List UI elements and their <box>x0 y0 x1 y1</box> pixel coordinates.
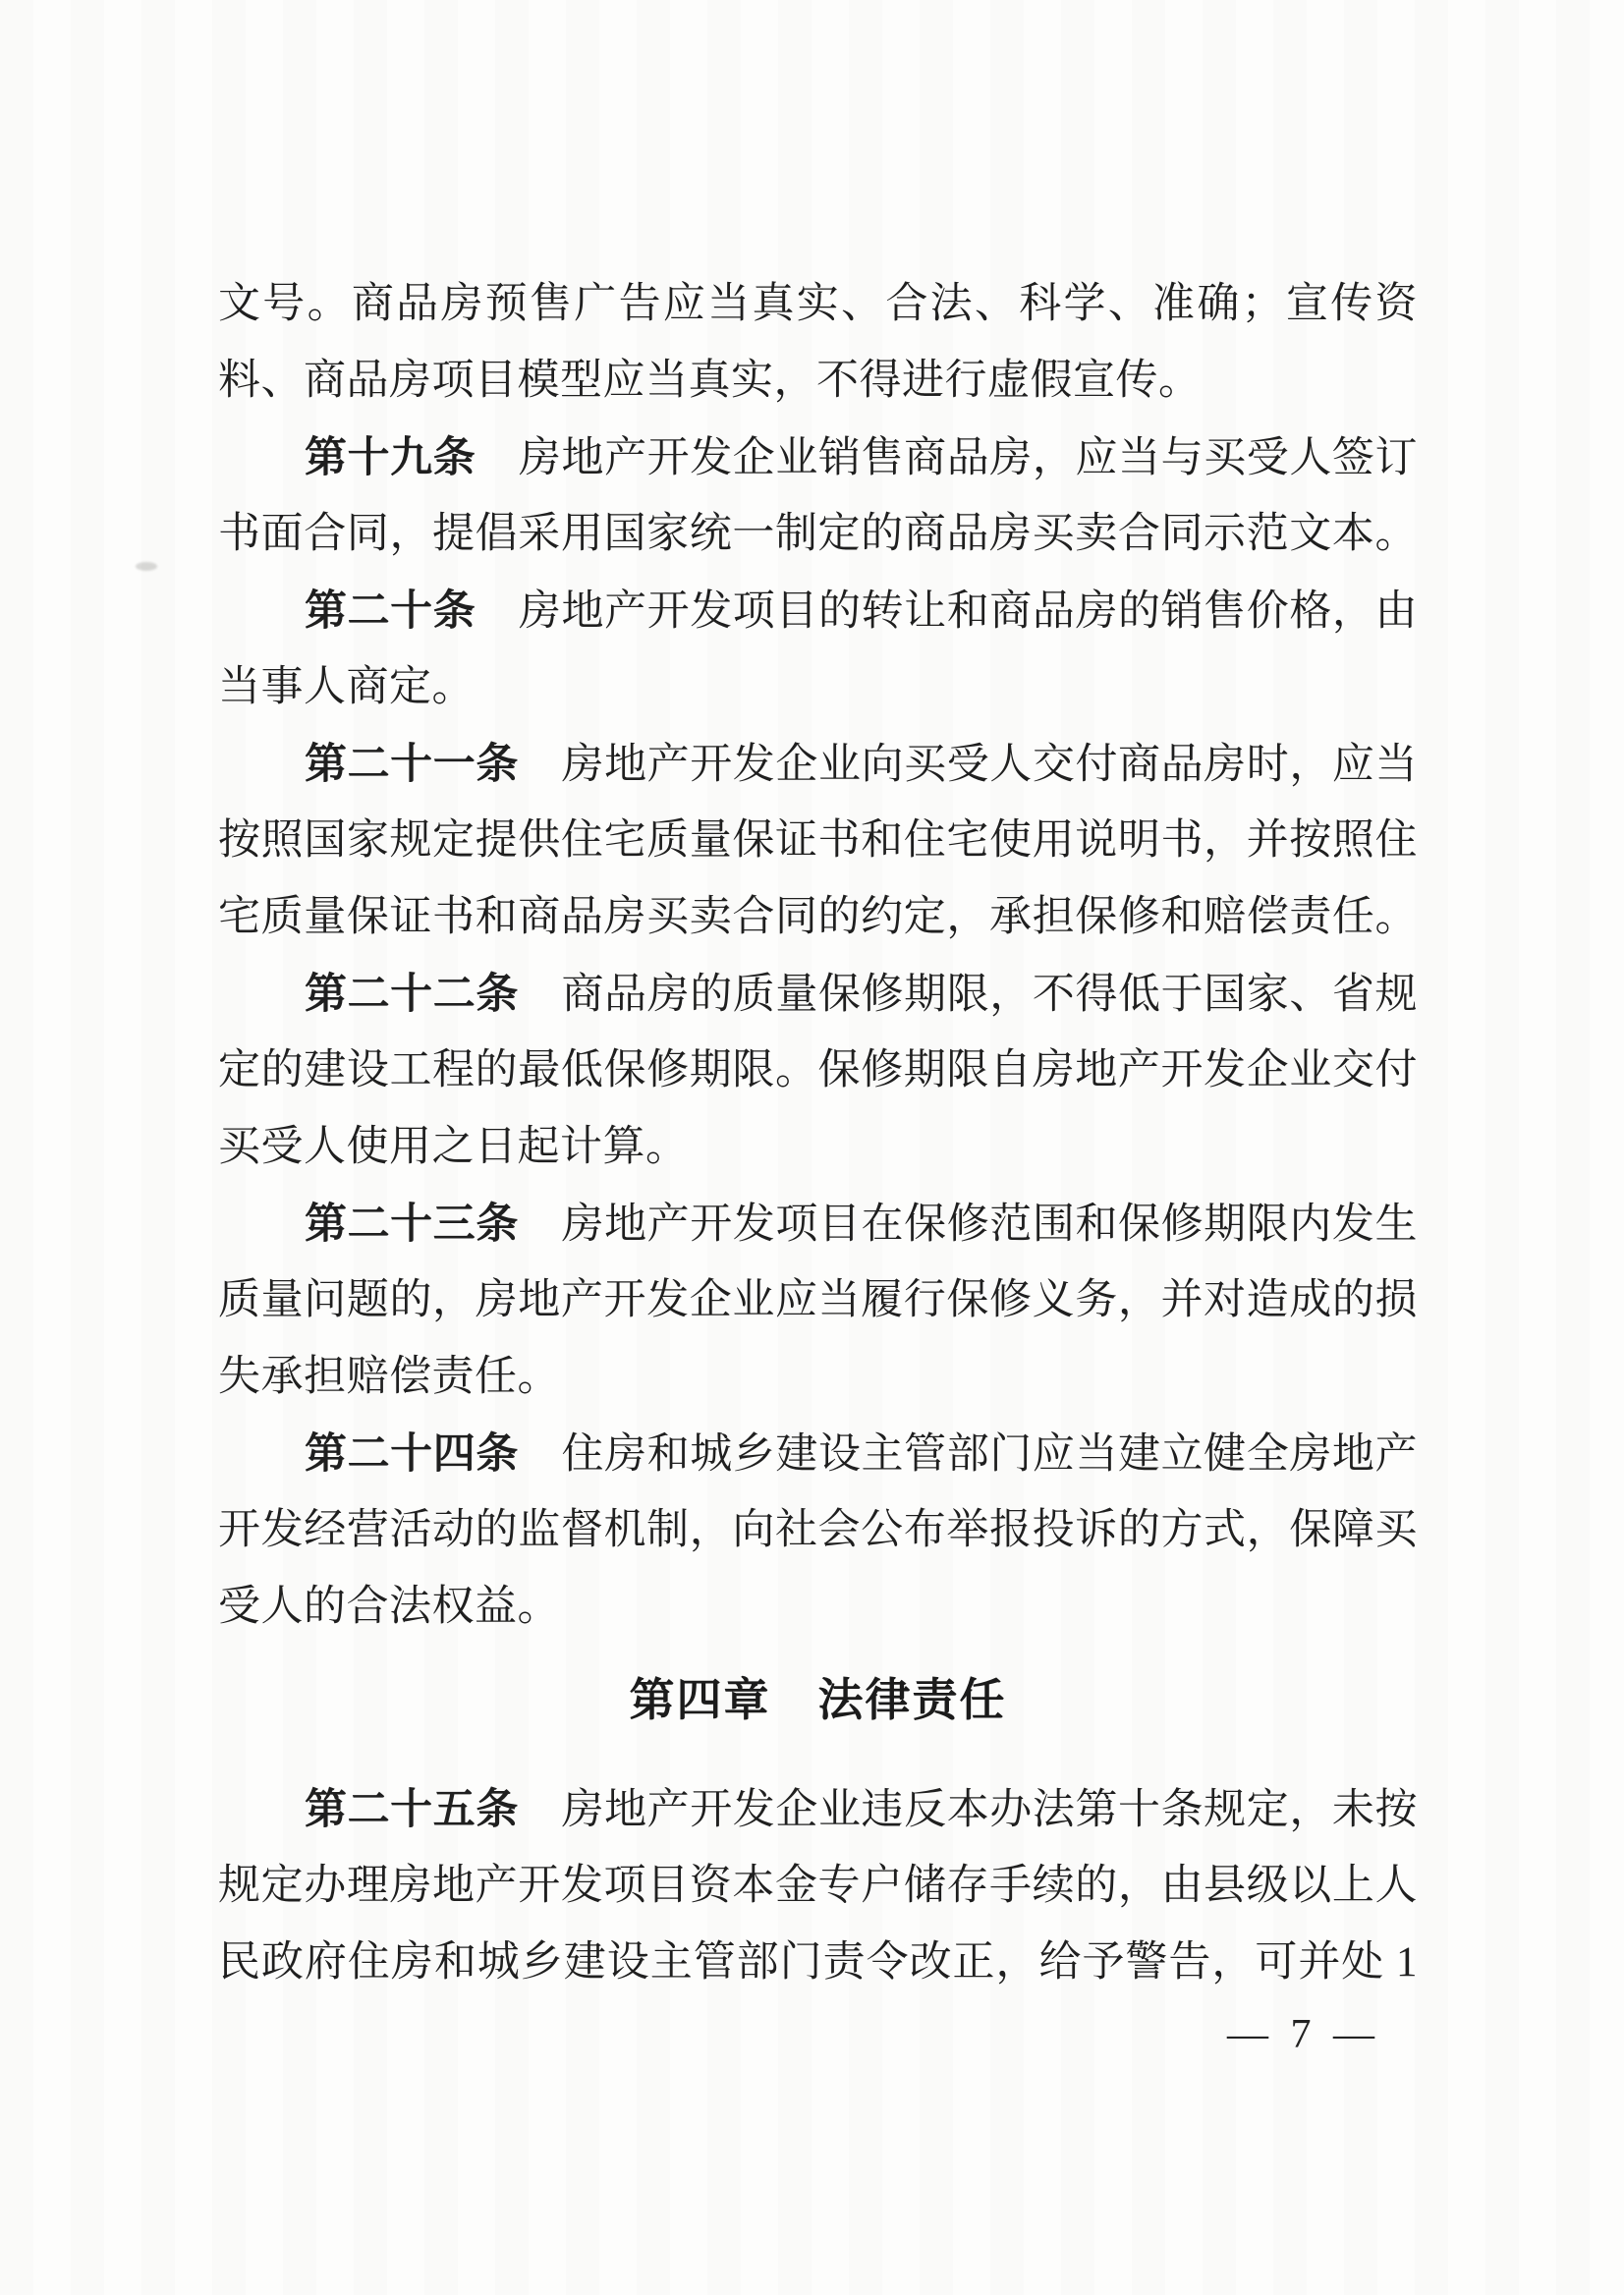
article-lead: 第二十条 <box>305 588 476 635</box>
article-text: 开发经营活动的监督机制，向社会公布举报投诉的方式，保障买 <box>218 1507 1418 1553</box>
text-line: 文号。商品房预售广告应当真实、合法、科学、准确；宣传资 <box>218 266 1418 343</box>
text-line: 开发经营活动的监督机制，向社会公布举报投诉的方式，保障买 <box>218 1492 1418 1569</box>
text-line: 当事人商定。 <box>218 649 1418 726</box>
text-line: 第二十四条 住房和城乡建设主管部门应当建立健全房地产 <box>218 1416 1418 1492</box>
article-lead: 第二十一条 <box>305 741 519 788</box>
text-line: 定的建设工程的最低保修期限。保修期限自房地产开发企业交付 <box>218 1033 1418 1109</box>
article-text: 质量问题的，房地产开发企业应当履行保修义务，并对造成的损 <box>218 1277 1418 1323</box>
chapter-heading: 第四章 法律责任 <box>218 1646 1418 1771</box>
article-text: 料、商品房项目模型应当真实，不得进行虚假宣传。 <box>218 358 1202 404</box>
article-text: 房地产开发项目的转让和商品房的销售价格，由 <box>476 588 1418 635</box>
text-line: 规定办理房地产开发项目资本金专户储存手续的，由县级以上人 <box>218 1848 1418 1925</box>
document-page: 文号。商品房预售广告应当真实、合法、科学、准确；宣传资料、商品房项目模型应当真实… <box>0 0 1624 2295</box>
article-text: 房地产开发企业向买受人交付商品房时，应当 <box>519 742 1418 788</box>
text-line: 买受人使用之日起计算。 <box>218 1109 1418 1186</box>
scan-smudge <box>136 562 157 571</box>
article-lead: 第二十四条 <box>305 1430 519 1478</box>
text-line: 宅质量保证书和商品房买卖合同的约定，承担保修和赔偿责任。 <box>218 879 1418 956</box>
text-line: 第二十条 房地产开发项目的转让和商品房的销售价格，由 <box>218 573 1418 649</box>
document-body: 文号。商品房预售广告应当真实、合法、科学、准确；宣传资料、商品房项目模型应当真实… <box>218 266 1418 2001</box>
article-text: 当事人商定。 <box>218 664 475 710</box>
article-text: 宅质量保证书和商品房买卖合同的约定，承担保修和赔偿责任。 <box>218 894 1418 940</box>
text-line: 受人的合法权益。 <box>218 1569 1418 1646</box>
article-text: 文号。商品房预售广告应当真实、合法、科学、准确；宣传资 <box>218 281 1418 327</box>
text-line: 失承担赔偿责任。 <box>218 1339 1418 1416</box>
text-line: 质量问题的，房地产开发企业应当履行保修义务，并对造成的损 <box>218 1262 1418 1339</box>
article-text: 买受人使用之日起计算。 <box>218 1124 689 1170</box>
text-line: 第十九条 房地产开发企业销售商品房，应当与买受人签订 <box>218 420 1418 496</box>
article-text: 受人的合法权益。 <box>218 1584 560 1630</box>
article-text: 按照国家规定提供住宅质量保证书和住宅使用说明书，并按照住 <box>218 817 1418 864</box>
article-text: 房地产开发项目在保修范围和保修期限内发生 <box>519 1202 1418 1248</box>
article-text: 房地产开发企业销售商品房，应当与买受人签订 <box>476 435 1418 481</box>
article-lead: 第二十二条 <box>305 971 519 1018</box>
article-text: 住房和城乡建设主管部门应当建立健全房地产 <box>519 1431 1418 1478</box>
text-line: 民政府住房和城乡建设主管部门责令改正，给予警告，可并处 1 <box>218 1925 1418 2001</box>
article-text: 失承担赔偿责任。 <box>218 1354 560 1400</box>
article-text: 书面合同，提倡采用国家统一制定的商品房买卖合同示范文本。 <box>218 511 1418 557</box>
article-lead: 第二十三条 <box>305 1201 519 1248</box>
text-line: 料、商品房项目模型应当真实，不得进行虚假宣传。 <box>218 343 1418 420</box>
article-text: 房地产开发企业违反本办法第十条规定，未按 <box>519 1787 1418 1833</box>
article-text: 民政府住房和城乡建设主管部门责令改正，给予警告，可并处 1 <box>218 1939 1418 1986</box>
text-line: 第二十一条 房地产开发企业向买受人交付商品房时，应当 <box>218 726 1418 803</box>
page-number: — 7 — <box>218 2004 1418 2065</box>
text-line: 按照国家规定提供住宅质量保证书和住宅使用说明书，并按照住 <box>218 803 1418 879</box>
article-lead: 第二十五条 <box>305 1786 519 1833</box>
article-text: 定的建设工程的最低保修期限。保修期限自房地产开发企业交付 <box>218 1047 1418 1093</box>
article-text: 规定办理房地产开发项目资本金专户储存手续的，由县级以上人 <box>218 1863 1418 1909</box>
text-line: 第二十二条 商品房的质量保修期限，不得低于国家、省规 <box>218 956 1418 1033</box>
text-line: 书面合同，提倡采用国家统一制定的商品房买卖合同示范文本。 <box>218 496 1418 573</box>
article-text: 商品房的质量保修期限，不得低于国家、省规 <box>519 972 1418 1018</box>
text-line: 第二十三条 房地产开发项目在保修范围和保修期限内发生 <box>218 1186 1418 1262</box>
article-lead: 第十九条 <box>305 434 476 481</box>
text-line: 第二十五条 房地产开发企业违反本办法第十条规定，未按 <box>218 1771 1418 1848</box>
